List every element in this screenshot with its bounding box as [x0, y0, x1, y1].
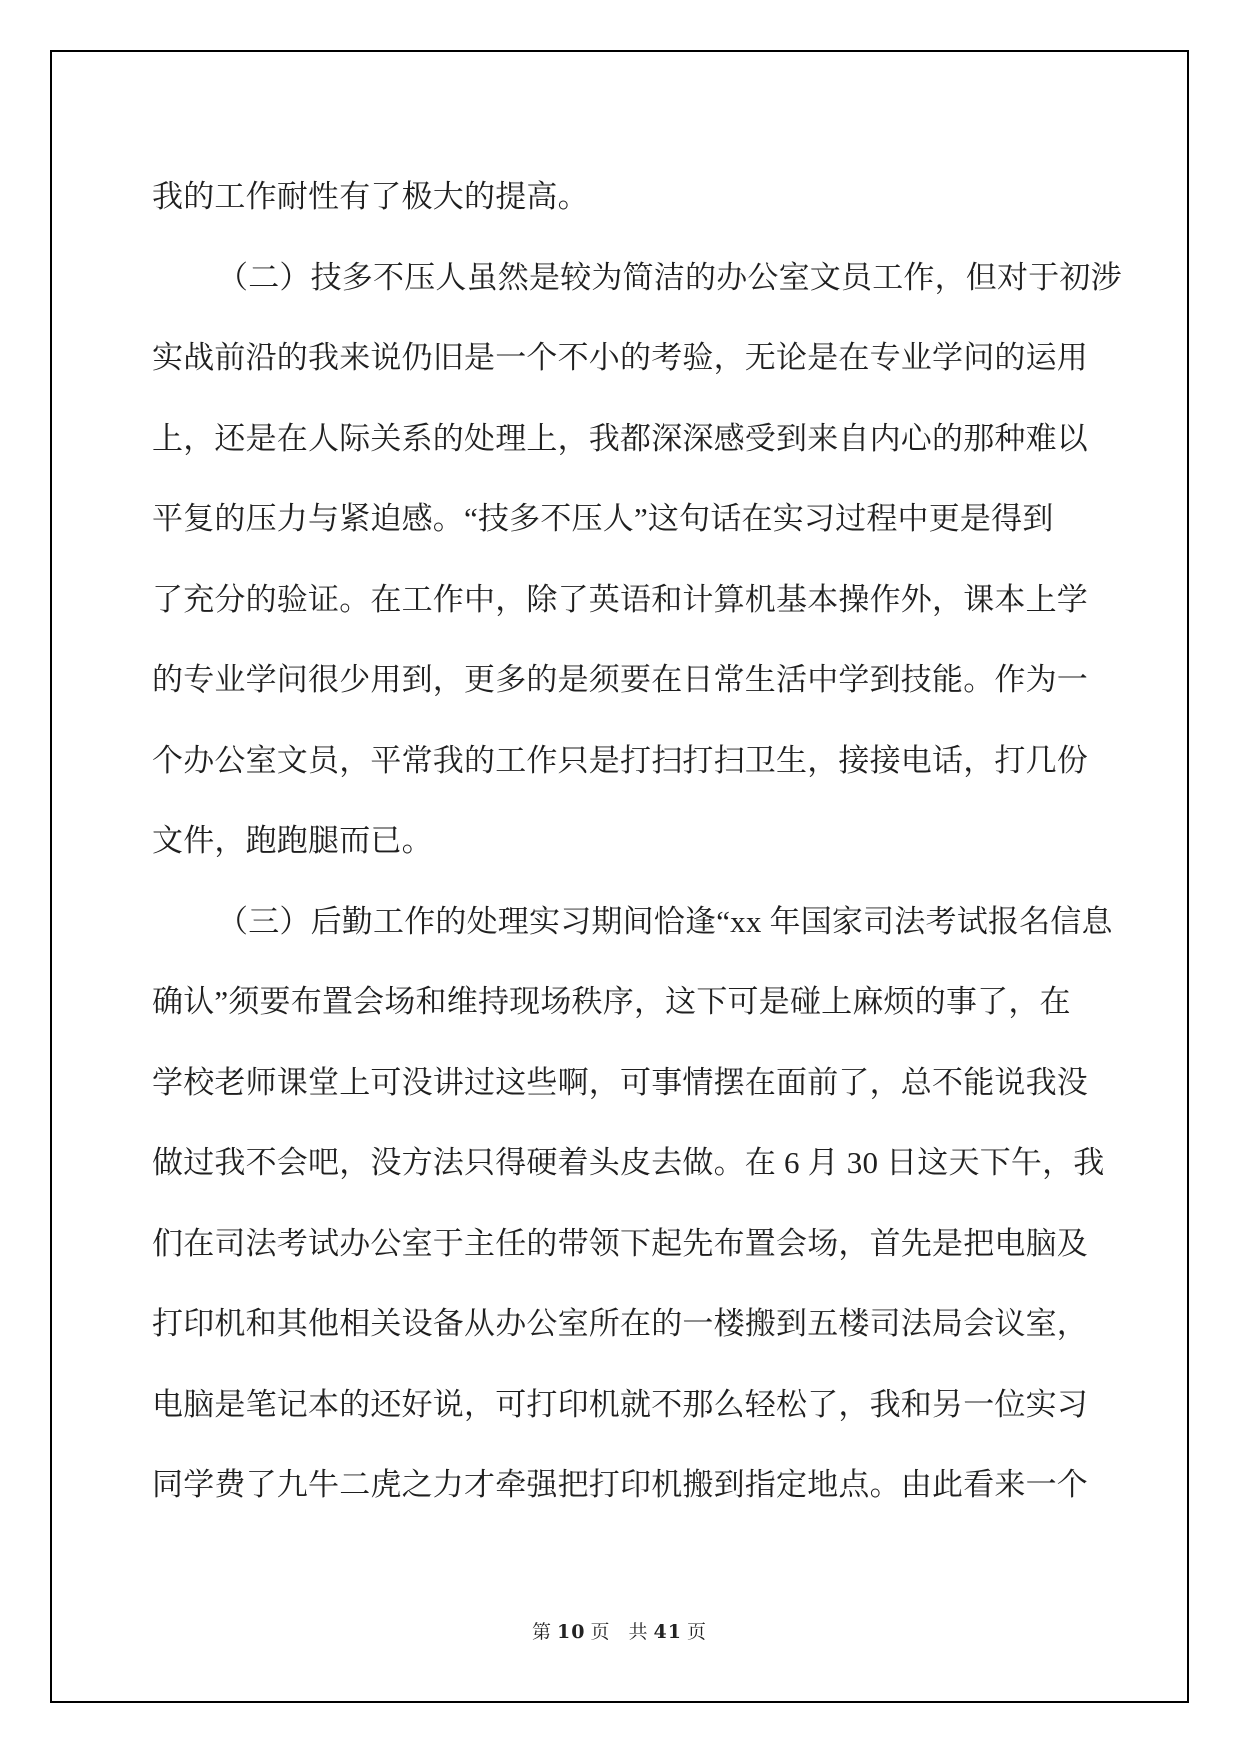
footer-page-suffix: 页 — [687, 1622, 707, 1643]
text-line: 做过我不会吧，没方法只得硬着头皮去做。在 6 月 30 日这天下午，我 — [152, 1123, 1112, 1204]
text-line: 们在司法考试办公室于主任的带领下起先布置会场，首先是把电脑及 — [152, 1204, 1112, 1285]
page-border: 我的工作耐性有了极大的提高。（二）技多不压人虽然是较为简洁的办公室文员工作，但对… — [50, 50, 1189, 1703]
footer-total-word: 共 — [629, 1622, 649, 1643]
text-line: 实战前沿的我来说仍旧是一个不小的考验，无论是在专业学问的运用 — [152, 318, 1112, 399]
text-line: 同学费了九牛二虎之力才牵强把打印机搬到指定地点。由此看来一个 — [152, 1445, 1112, 1526]
text-line: 打印机和其他相关设备从办公室所在的一楼搬到五楼司法局会议室， — [152, 1284, 1112, 1365]
document-body: 我的工作耐性有了极大的提高。（二）技多不压人虽然是较为简洁的办公室文员工作，但对… — [152, 157, 1112, 1526]
footer-page-word: 页 — [590, 1622, 610, 1643]
text-line: 电脑是笔记本的还好说，可打印机就不那么轻松了，我和另一位实习 — [152, 1365, 1112, 1446]
text-line: 平复的压力与紧迫感。“技多不压人”这句话在实习过程中更是得到 — [152, 479, 1112, 560]
text-line: 上，还是在人际关系的处理上，我都深深感受到来自内心的那种难以 — [152, 399, 1112, 480]
footer-total-pages: 41 — [654, 1621, 682, 1643]
text-line: （三）后勤工作的处理实习期间恰逢“xx 年国家司法考试报名信息 — [152, 882, 1112, 963]
text-line: 我的工作耐性有了极大的提高。 — [152, 157, 1112, 238]
page-footer: 第10页共41页 — [52, 1620, 1187, 1645]
text-line: 个办公室文员，平常我的工作只是打扫打扫卫生，接接电话，打几份 — [152, 721, 1112, 802]
text-line: 文件，跑跑腿而已。 — [152, 801, 1112, 882]
text-line: 了充分的验证。在工作中，除了英语和计算机基本操作外，课本上学 — [152, 560, 1112, 641]
footer-page-prefix: 第 — [532, 1622, 552, 1643]
text-line: 的专业学问很少用到，更多的是须要在日常生活中学到技能。作为一 — [152, 640, 1112, 721]
text-line: 学校老师课堂上可没讲过这些啊，可事情摆在面前了，总不能说我没 — [152, 1043, 1112, 1124]
footer-current-page: 10 — [557, 1621, 585, 1643]
text-line: 确认”须要布置会场和维持现场秩序，这下可是碰上麻烦的事了，在 — [152, 962, 1112, 1043]
text-line: （二）技多不压人虽然是较为简洁的办公室文员工作，但对于初涉 — [152, 238, 1112, 319]
